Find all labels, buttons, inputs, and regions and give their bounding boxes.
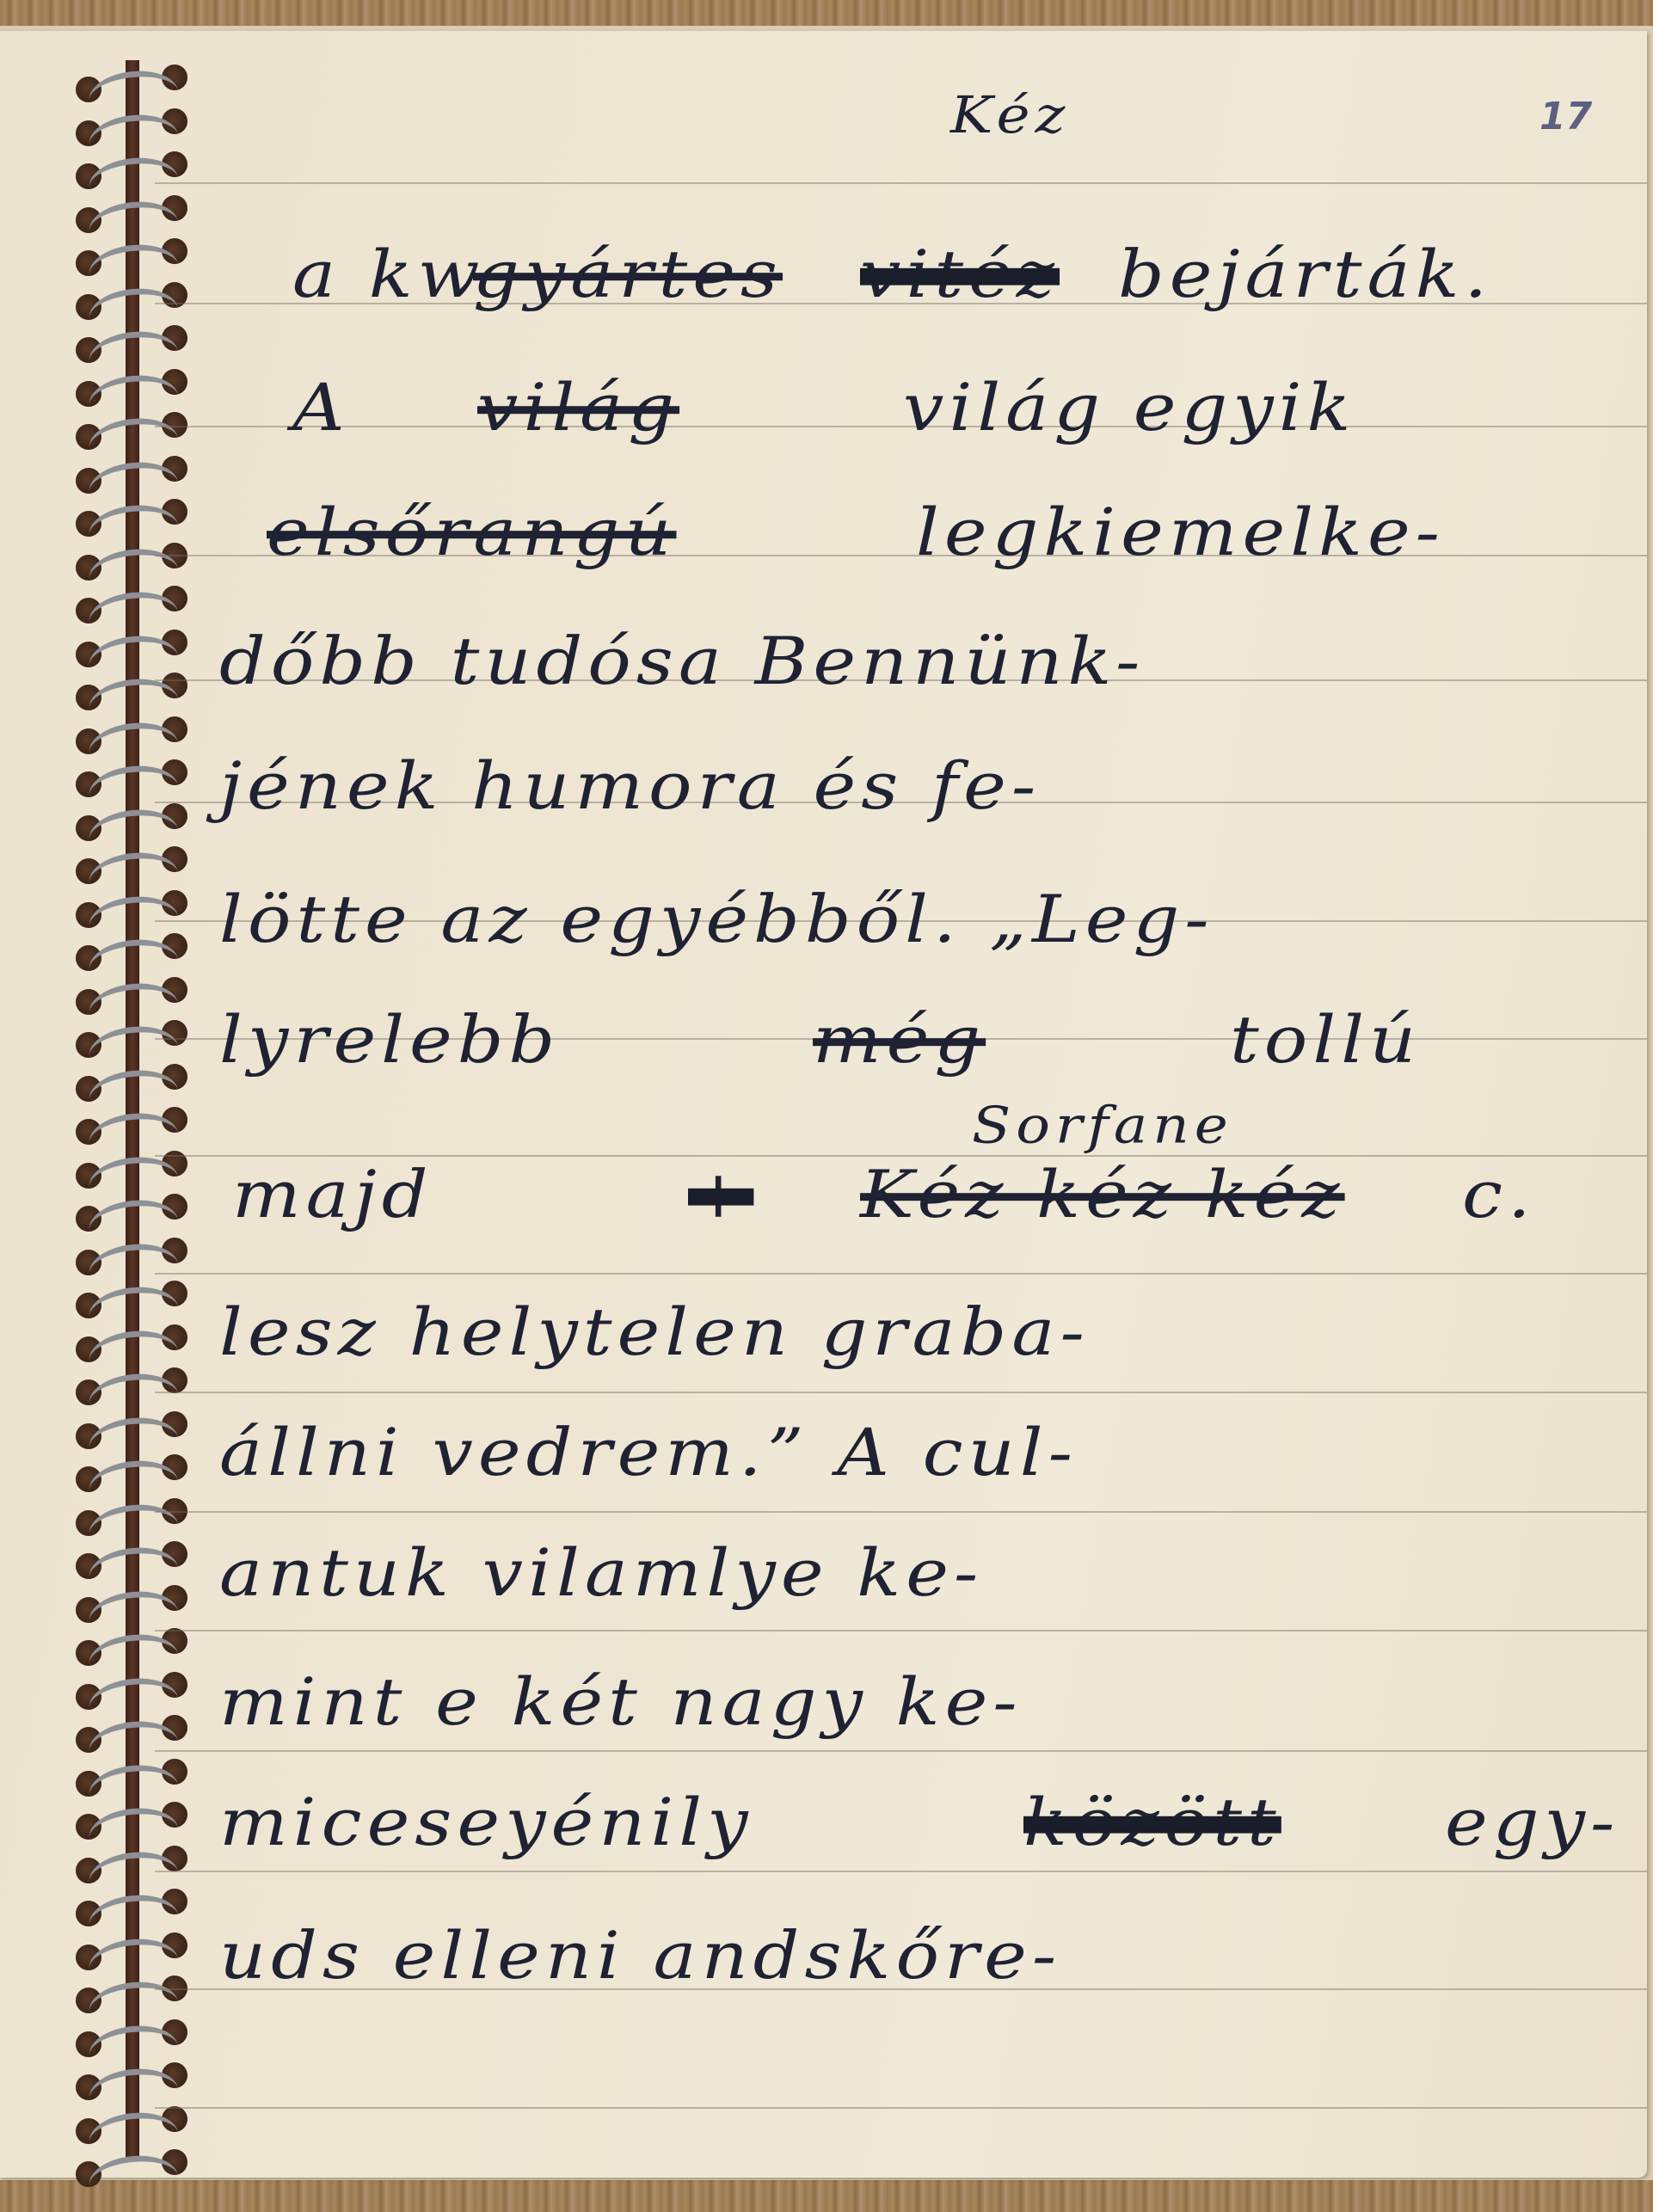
- spiral-coil: [76, 1454, 187, 1492]
- spiral-coil: [76, 543, 187, 581]
- ruled-line: [155, 426, 1647, 427]
- ruled-line: [155, 182, 1647, 184]
- spiral-coil: [76, 673, 187, 710]
- spiral-coil: [76, 630, 187, 667]
- spiral-coil: [76, 238, 187, 276]
- ruled-line: [155, 1273, 1647, 1275]
- line-3-text: legkiemelke-: [916, 495, 1445, 570]
- ruled-line: [155, 2107, 1647, 2109]
- line-2-struck-word: világ: [477, 370, 679, 445]
- spiral-coil: [76, 1541, 187, 1579]
- line-2-text: világ egyik: [903, 370, 1355, 445]
- line-3-struck-word: elsőrangú: [267, 495, 676, 570]
- spiral-coil: [76, 412, 187, 450]
- spiral-coil: [76, 759, 187, 797]
- spiral-coil: [76, 1585, 187, 1623]
- spiral-coil: [76, 1238, 187, 1275]
- page-number: 17: [1539, 95, 1592, 138]
- spiral-coil: [76, 1411, 187, 1449]
- ruled-line: [155, 1871, 1647, 1872]
- line-13-text: egy-: [1445, 1785, 1619, 1860]
- spiral-coil: [76, 1498, 187, 1536]
- ruled-line: [155, 1392, 1647, 1393]
- line-1-text: bejárták.: [1118, 237, 1492, 312]
- spiral-coil: [76, 1281, 187, 1318]
- line-13-struck-word: között: [1023, 1785, 1281, 1860]
- spiral-coil: [76, 108, 187, 146]
- spiral-coil: [76, 1715, 187, 1753]
- spiral-coil: [76, 1628, 187, 1666]
- spiral-coil: [76, 977, 187, 1015]
- spiral-coil: [76, 369, 187, 407]
- insertion-text-top: Kéz: [950, 85, 1070, 144]
- line-7-start: lyrelebb: [219, 1002, 560, 1078]
- ruled-line: [155, 1511, 1647, 1513]
- line-6-text: lötte az egyébből. „Leg-: [219, 882, 1214, 957]
- spiral-coil: [76, 586, 187, 624]
- line-11-text: antuk vilamlye ke-: [219, 1535, 983, 1611]
- spiral-coil: [76, 1889, 187, 1926]
- spiral-coil: [76, 716, 187, 754]
- line-14-text: uds elleni andskőre-: [219, 1918, 1061, 1994]
- spiral-coil: [76, 2149, 187, 2187]
- spiral-coil: [76, 499, 187, 537]
- line-1-struck-word-2: vitéz: [860, 237, 1060, 312]
- line-9-text: lesz helytelen graba-: [219, 1294, 1090, 1370]
- line-2-start: A: [292, 370, 350, 445]
- spiral-coil: [76, 2062, 187, 2100]
- line-8-struck-words: Kéz kéz kéz: [860, 1157, 1345, 1232]
- spiral-coil: [76, 325, 187, 363]
- spiral-coil: [76, 65, 187, 102]
- line-8-struck-mark: +: [688, 1157, 753, 1232]
- spiral-coil: [76, 1107, 187, 1145]
- spiral-coil: [76, 2019, 187, 2057]
- spiral-coil: [76, 195, 187, 233]
- spiral-coil: [76, 1975, 187, 2013]
- line-1-struck-word-1: gyártes: [473, 237, 783, 312]
- ruled-line: [155, 1630, 1647, 1631]
- spiral-coil: [76, 803, 187, 841]
- line-12-text: mint e két nagy ke-: [219, 1664, 1023, 1740]
- spiral-coil: [76, 1932, 187, 1970]
- line-8-text: c.: [1462, 1157, 1536, 1232]
- line-8-start: majd: [232, 1157, 433, 1232]
- spiral-coil: [76, 1846, 187, 1883]
- spiral-coil: [76, 1064, 187, 1102]
- line-4-text: dőbb tudósa Bennünk-: [219, 624, 1145, 699]
- spiral-coil: [76, 456, 187, 494]
- insertion-text-line-8: Sorfane: [972, 1096, 1233, 1155]
- line-13-start: miceseyénily: [219, 1785, 753, 1860]
- spiral-coil: [76, 1759, 187, 1797]
- spiral-coil: [76, 846, 187, 884]
- spiral-coil: [76, 1324, 187, 1362]
- spiral-coil: [76, 2106, 187, 2144]
- spiral-coil: [76, 1672, 187, 1710]
- line-7-struck-word: még: [813, 1002, 986, 1078]
- spiral-coil: [76, 1802, 187, 1840]
- line-7-text: tollú: [1230, 1002, 1421, 1078]
- spiral-coil: [76, 1367, 187, 1405]
- line-5-text: jének humora és fe-: [219, 748, 1041, 824]
- spiral-coil: [76, 282, 187, 320]
- spiral-coil: [76, 1194, 187, 1232]
- ruled-line: [155, 1750, 1647, 1752]
- line-1-start: a kw: [292, 237, 485, 312]
- spiral-coil: [76, 933, 187, 971]
- line-10-text: állni vedrem.” A cul-: [219, 1415, 1078, 1490]
